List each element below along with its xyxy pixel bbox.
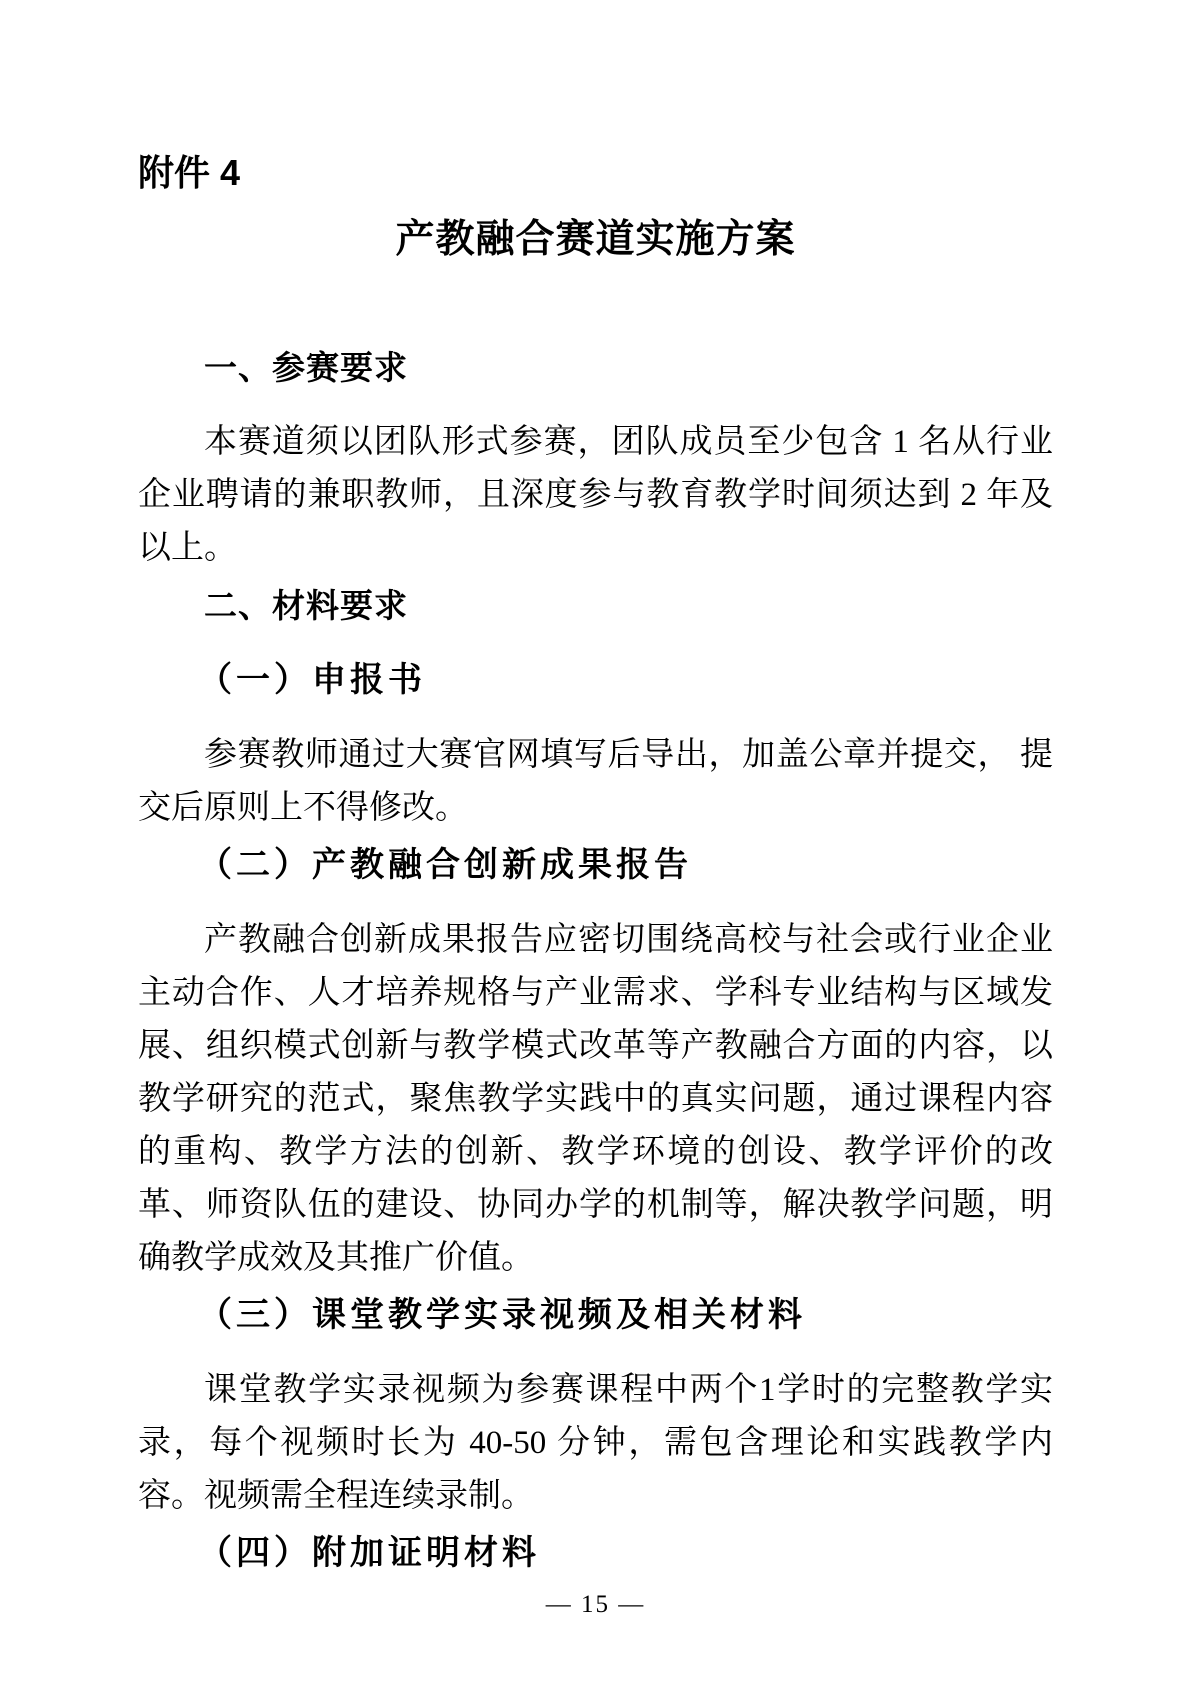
subsection-heading-application-form: （一）申报书: [138, 654, 1053, 707]
subsection-heading-innovation-report: （二）产教融合创新成果报告: [138, 839, 1053, 892]
page-number: — 15 —: [0, 1590, 1191, 1620]
document-title: 产教融合赛道实施方案: [138, 214, 1053, 266]
document-page: 附件 4 产教融合赛道实施方案 一、参赛要求 本赛道须以团队形式参赛，团队成员至…: [0, 0, 1191, 1684]
section-heading-material-requirements: 二、材料要求: [138, 579, 1053, 632]
subsection-heading-classroom-video: （三）课堂教学实录视频及相关材料: [138, 1289, 1053, 1342]
paragraph-classroom-video: 课堂教学实录视频为参赛课程中两个1学时的完整教学实录，每个视频时长为 40-50…: [138, 1364, 1053, 1523]
paragraph-participation-requirements: 本赛道须以团队形式参赛，团队成员至少包含 1 名从行业企业聘请的兼职教师，且深度…: [138, 416, 1053, 575]
attachment-label: 附件 4: [138, 150, 1053, 196]
subsection-heading-additional-materials: （四）附加证明材料: [138, 1527, 1053, 1580]
section-heading-participation-requirements: 一、参赛要求: [138, 341, 1053, 394]
paragraph-innovation-report: 产教融合创新成果报告应密切围绕高校与社会或行业企业主动合作、人才培养规格与产业需…: [138, 914, 1053, 1285]
paragraph-application-form: 参赛教师通过大赛官网填写后导出，加盖公章并提交， 提交后原则上不得修改。: [138, 729, 1053, 835]
